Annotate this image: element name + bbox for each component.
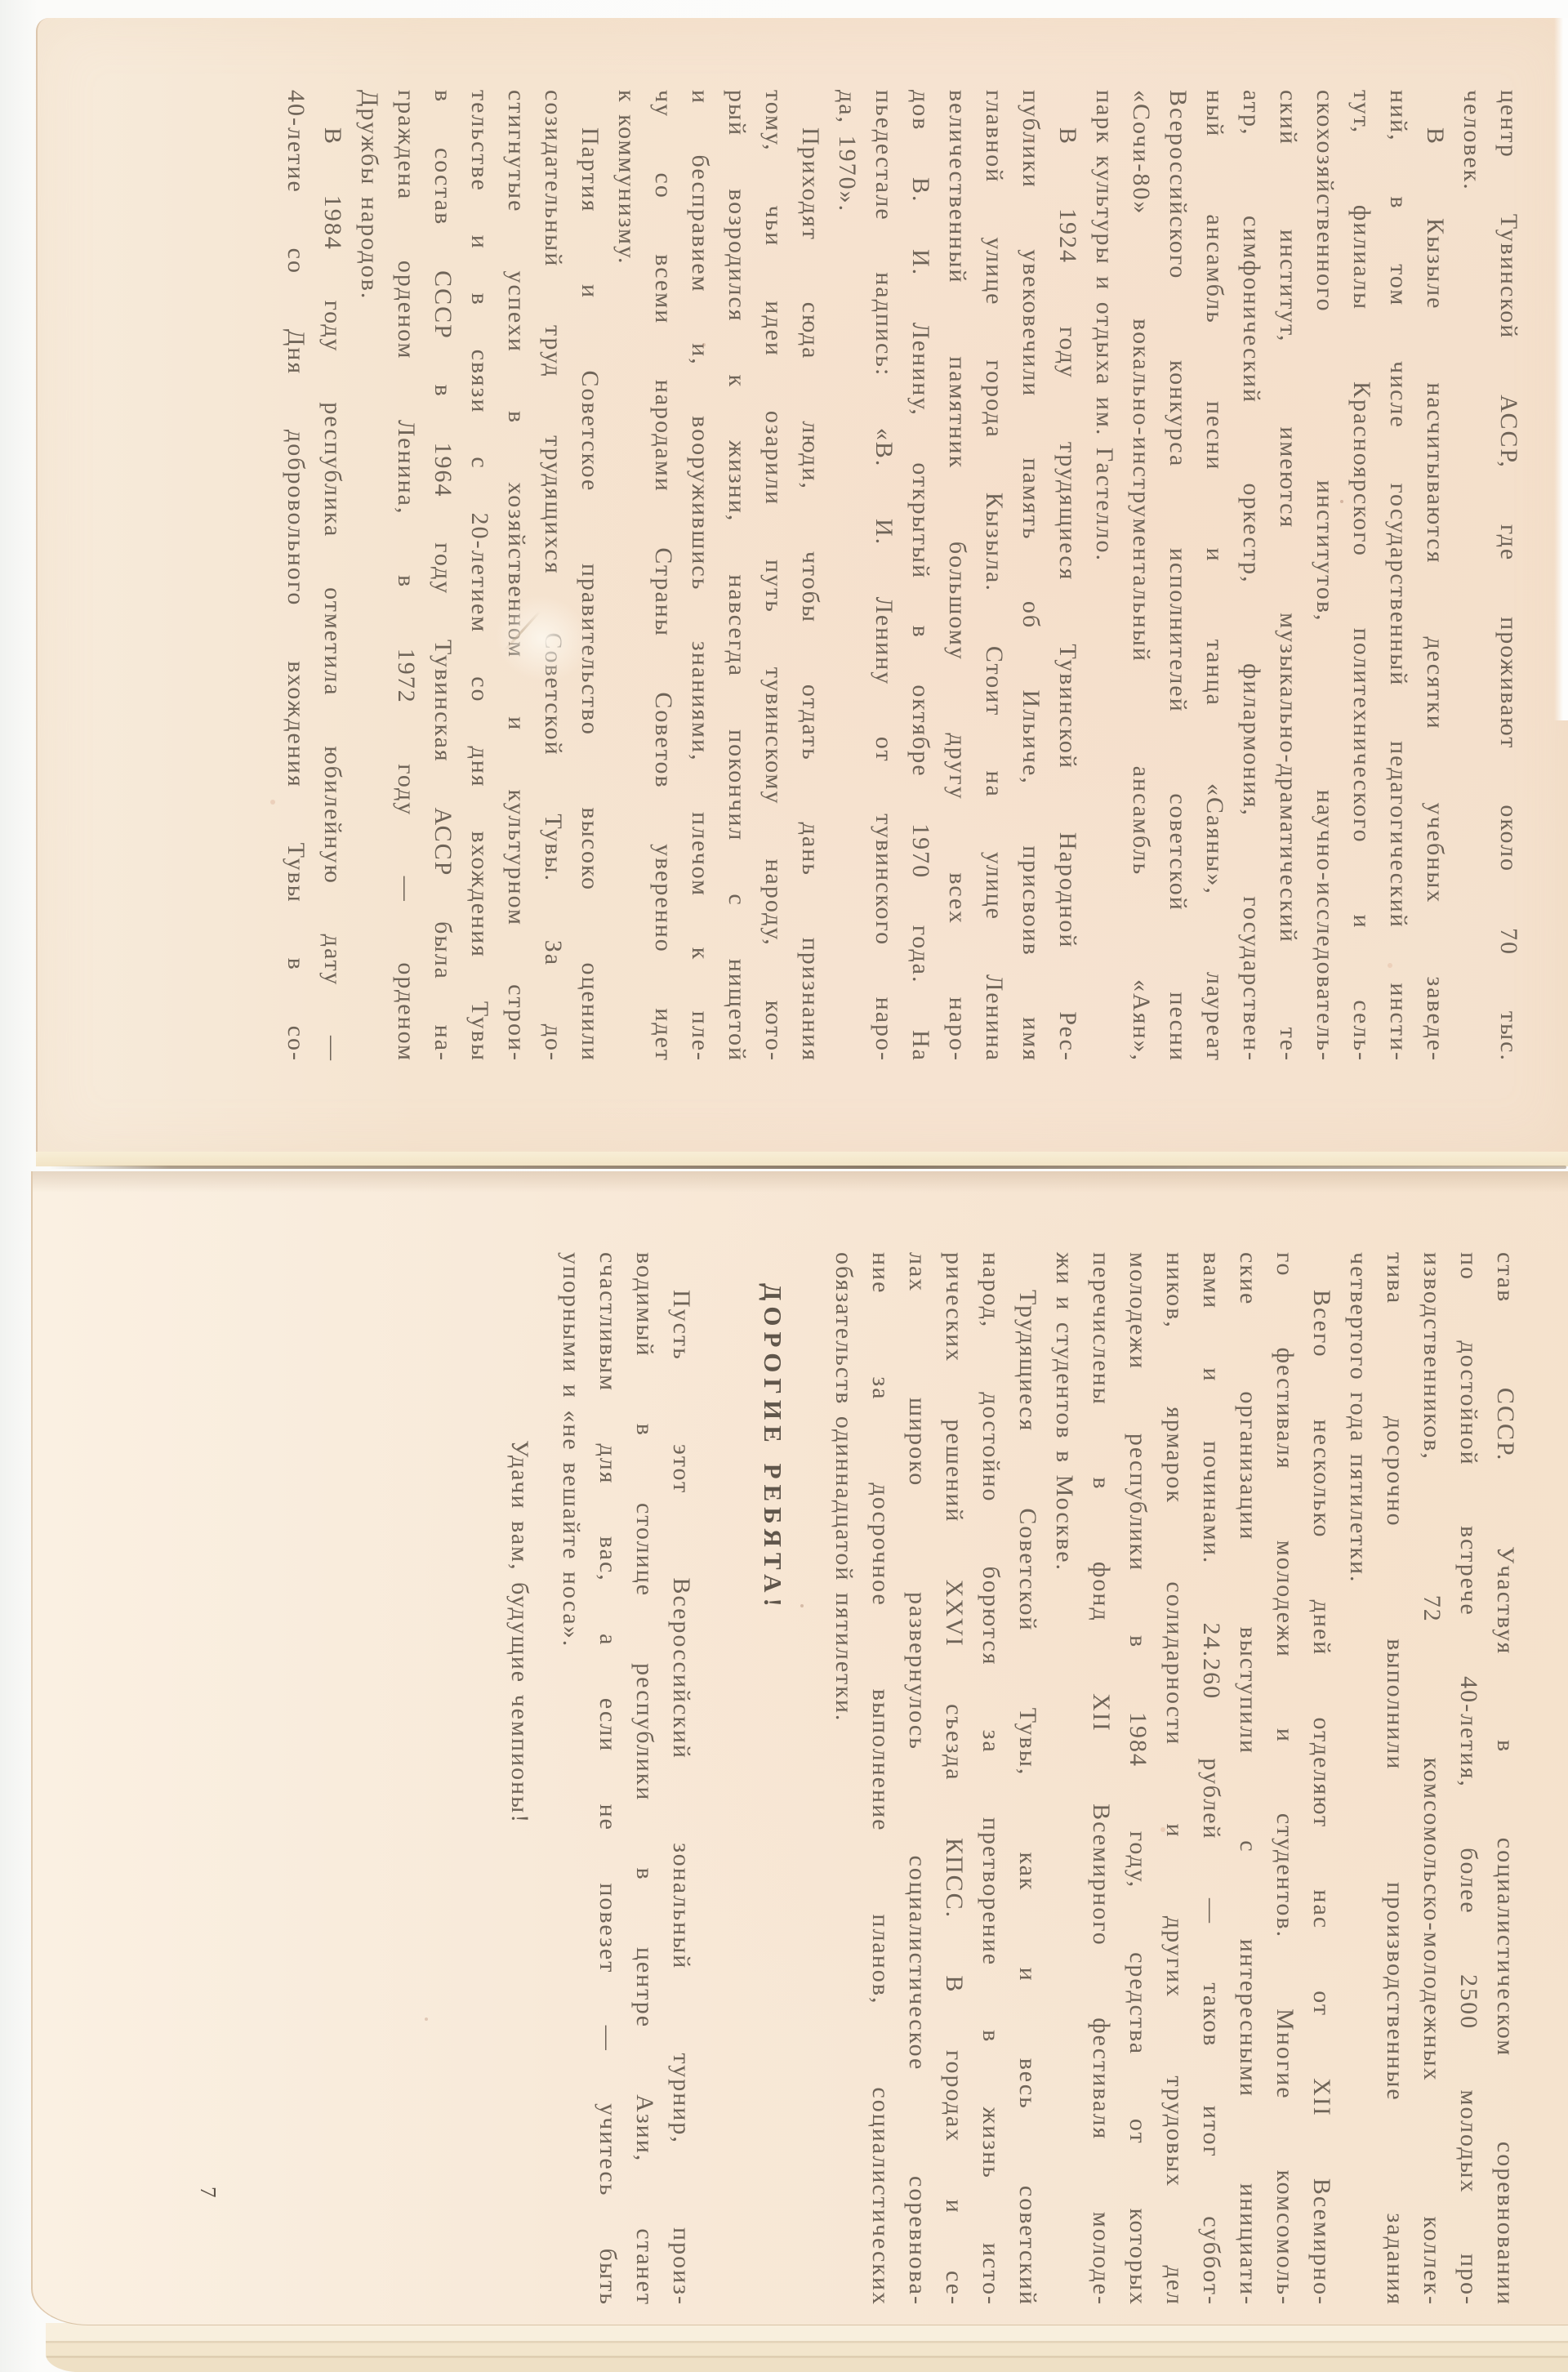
- text-line: тива досрочно выполнили производственные…: [1377, 1252, 1414, 2306]
- text-line: изводственников, 72 комсомольско-молодеж…: [1414, 1252, 1450, 2306]
- page-stack-edges: [46, 2323, 1568, 2372]
- book-page-top: центр Тувинской АССР, где проживают окол…: [36, 18, 1568, 1155]
- text-line: тельстве и в связи с 20-летием со дня вх…: [461, 90, 498, 1062]
- text-line: атр, симфонический оркестр, филармония, …: [1233, 90, 1270, 1062]
- text-line: жи и студентов в Москве.: [1046, 1252, 1083, 2306]
- text-line: к коммунизму.: [608, 90, 645, 1062]
- text-line: скохозяйственного институтов, научно-исс…: [1307, 90, 1343, 1062]
- page-bottom-text: став СССР. Участвуя в социалистическом с…: [501, 1171, 1568, 2306]
- text-line: водимый в столице республики в центре Аз…: [626, 1252, 663, 2306]
- text-line: ские организации выступили с интересными…: [1230, 1252, 1267, 2306]
- closing-line: Удачи вам, будущие чемпионы!: [501, 1440, 538, 2306]
- text-line: Приходят сюда люди, чтобы отдать дань пр…: [792, 90, 829, 1062]
- text-line: публики увековечили память об Ильиче, пр…: [1013, 90, 1049, 1062]
- text-line: В 1984 году республика отметила юбилейну…: [314, 90, 351, 1062]
- page-top-text: центр Тувинской АССР, где проживают окол…: [278, 18, 1568, 1062]
- text-line: граждена орденом Ленина, в 1972 году — о…: [388, 90, 425, 1062]
- text-line: тому, чьи идеи озарили путь тувинскому н…: [755, 90, 792, 1062]
- text-line: чу со всеми народами Страны Советов увер…: [645, 90, 682, 1062]
- text-line: Партия и Советское правительство высоко …: [572, 90, 608, 1062]
- text-line: рый возродился к жизни, навсегда покончи…: [719, 90, 755, 1062]
- text-line: «Сочи-80» вокально-инструментальный анса…: [1123, 90, 1160, 1062]
- page-top-rotated-sheet: центр Тувинской АССР, где проживают окол…: [38, 18, 1568, 1155]
- text-line: четвертого года пятилетки.: [1340, 1252, 1377, 2306]
- page-bottom-lines-2: Пусть этот Всероссийский зональный турни…: [553, 1252, 700, 2306]
- paper-specks: [0, 0, 3, 3]
- text-line: стигнутые успехи в хозяйственном и культ…: [498, 90, 535, 1062]
- text-line: тут, филиалы Красноярского политехническ…: [1343, 90, 1380, 1062]
- text-line: 40-летие со Дня добровольного вхождения …: [278, 90, 314, 1062]
- text-line: Всего несколько дней отделяют нас от XII…: [1303, 1252, 1340, 2306]
- gutter-shadow: [49, 1166, 1566, 1169]
- text-line: упорными и «не вешайте носа».: [553, 1252, 590, 2306]
- text-line: Всероссийского конкурса исполнителей сов…: [1160, 90, 1196, 1062]
- text-line: обязательств одиннадцатой пятилетки.: [826, 1252, 862, 2306]
- text-line: ний, в том числе государственный педагог…: [1380, 90, 1417, 1062]
- text-line: дов В. И. Ленину, открытый в октябре 197…: [902, 90, 939, 1062]
- text-line: В 1924 году трудящиеся Тувинской Народно…: [1049, 90, 1086, 1062]
- page-number: 7: [195, 2187, 220, 2199]
- text-line: Трудящиеся Советской Тувы, как и весь со…: [1009, 1252, 1046, 2306]
- text-line: Дружбы народов.: [351, 90, 388, 1062]
- text-line: человек.: [1454, 90, 1490, 1062]
- text-line: ский институт, имеются музыкально-драмат…: [1270, 90, 1307, 1062]
- page-curl-edge: [36, 1152, 1568, 1166]
- text-line: ние за досрочное выполнение планов, соци…: [862, 1252, 899, 2306]
- text-line: созидательный труд трудящихся Советской …: [535, 90, 572, 1062]
- text-line: в состав СССР в 1964 году Тувинская АССР…: [425, 90, 461, 1062]
- text-line: пьедестале надпись: «В. И. Ленину от тув…: [866, 90, 902, 1062]
- text-line: го фестиваля молодежи и студентов. Многи…: [1267, 1252, 1303, 2306]
- text-line: Пусть этот Всероссийский зональный турни…: [663, 1252, 700, 2306]
- text-line: по достойной встрече 40-летия, более 250…: [1450, 1252, 1487, 2306]
- text-line: вами и починами. 24.260 рублей — таков и…: [1193, 1252, 1230, 2306]
- text-line: и бесправием и, вооружившись знаниями, п…: [682, 90, 719, 1062]
- text-line: молодежи республики в 1984 году, средств…: [1120, 1252, 1156, 2306]
- text-line: ников, ярмарок солидарности и других тру…: [1156, 1252, 1193, 2306]
- text-line: величественный памятник большому другу в…: [939, 90, 976, 1062]
- text-line: да, 1970».: [829, 90, 866, 1062]
- section-heading: ДОРОГИЕ РЕБЯТА!: [755, 1252, 791, 2306]
- page-bottom-rotated-sheet: став СССР. Участвуя в социалистическом с…: [33, 1171, 1568, 2325]
- page-bottom-lines-1: став СССР. Участвуя в социалистическом с…: [826, 1252, 1524, 2306]
- text-line: В Кызыле насчитываются десятки учебных з…: [1417, 90, 1454, 1062]
- text-line: парк культуры и отдыха им. Гастелло.: [1086, 90, 1123, 1062]
- text-line: ный ансамбль песни и танца «Саяны», лаур…: [1196, 90, 1233, 1062]
- text-line: народ, достойно борются за претворение в…: [973, 1252, 1009, 2306]
- text-line: рических решений XXVI съезда КПСС. В гор…: [936, 1252, 973, 2306]
- book-scan: центр Тувинской АССР, где проживают окол…: [0, 0, 1568, 2372]
- text-line: счастливым для вас, а если не повезет — …: [590, 1252, 626, 2306]
- text-line: лах широко развернулось социалистическое…: [899, 1252, 936, 2306]
- text-line: став СССР. Участвуя в социалистическом с…: [1487, 1252, 1524, 2306]
- text-line: главной улице города Кызыла. Стоит на ул…: [976, 90, 1013, 1062]
- text-line: центр Тувинской АССР, где проживают окол…: [1490, 90, 1527, 1062]
- book-page-bottom: став СССР. Участвуя в социалистическом с…: [31, 1171, 1568, 2325]
- scan-edge-highlight: [1554, 18, 1568, 720]
- text-line: перечислены в фонд XII Всемирного фестив…: [1083, 1252, 1120, 2306]
